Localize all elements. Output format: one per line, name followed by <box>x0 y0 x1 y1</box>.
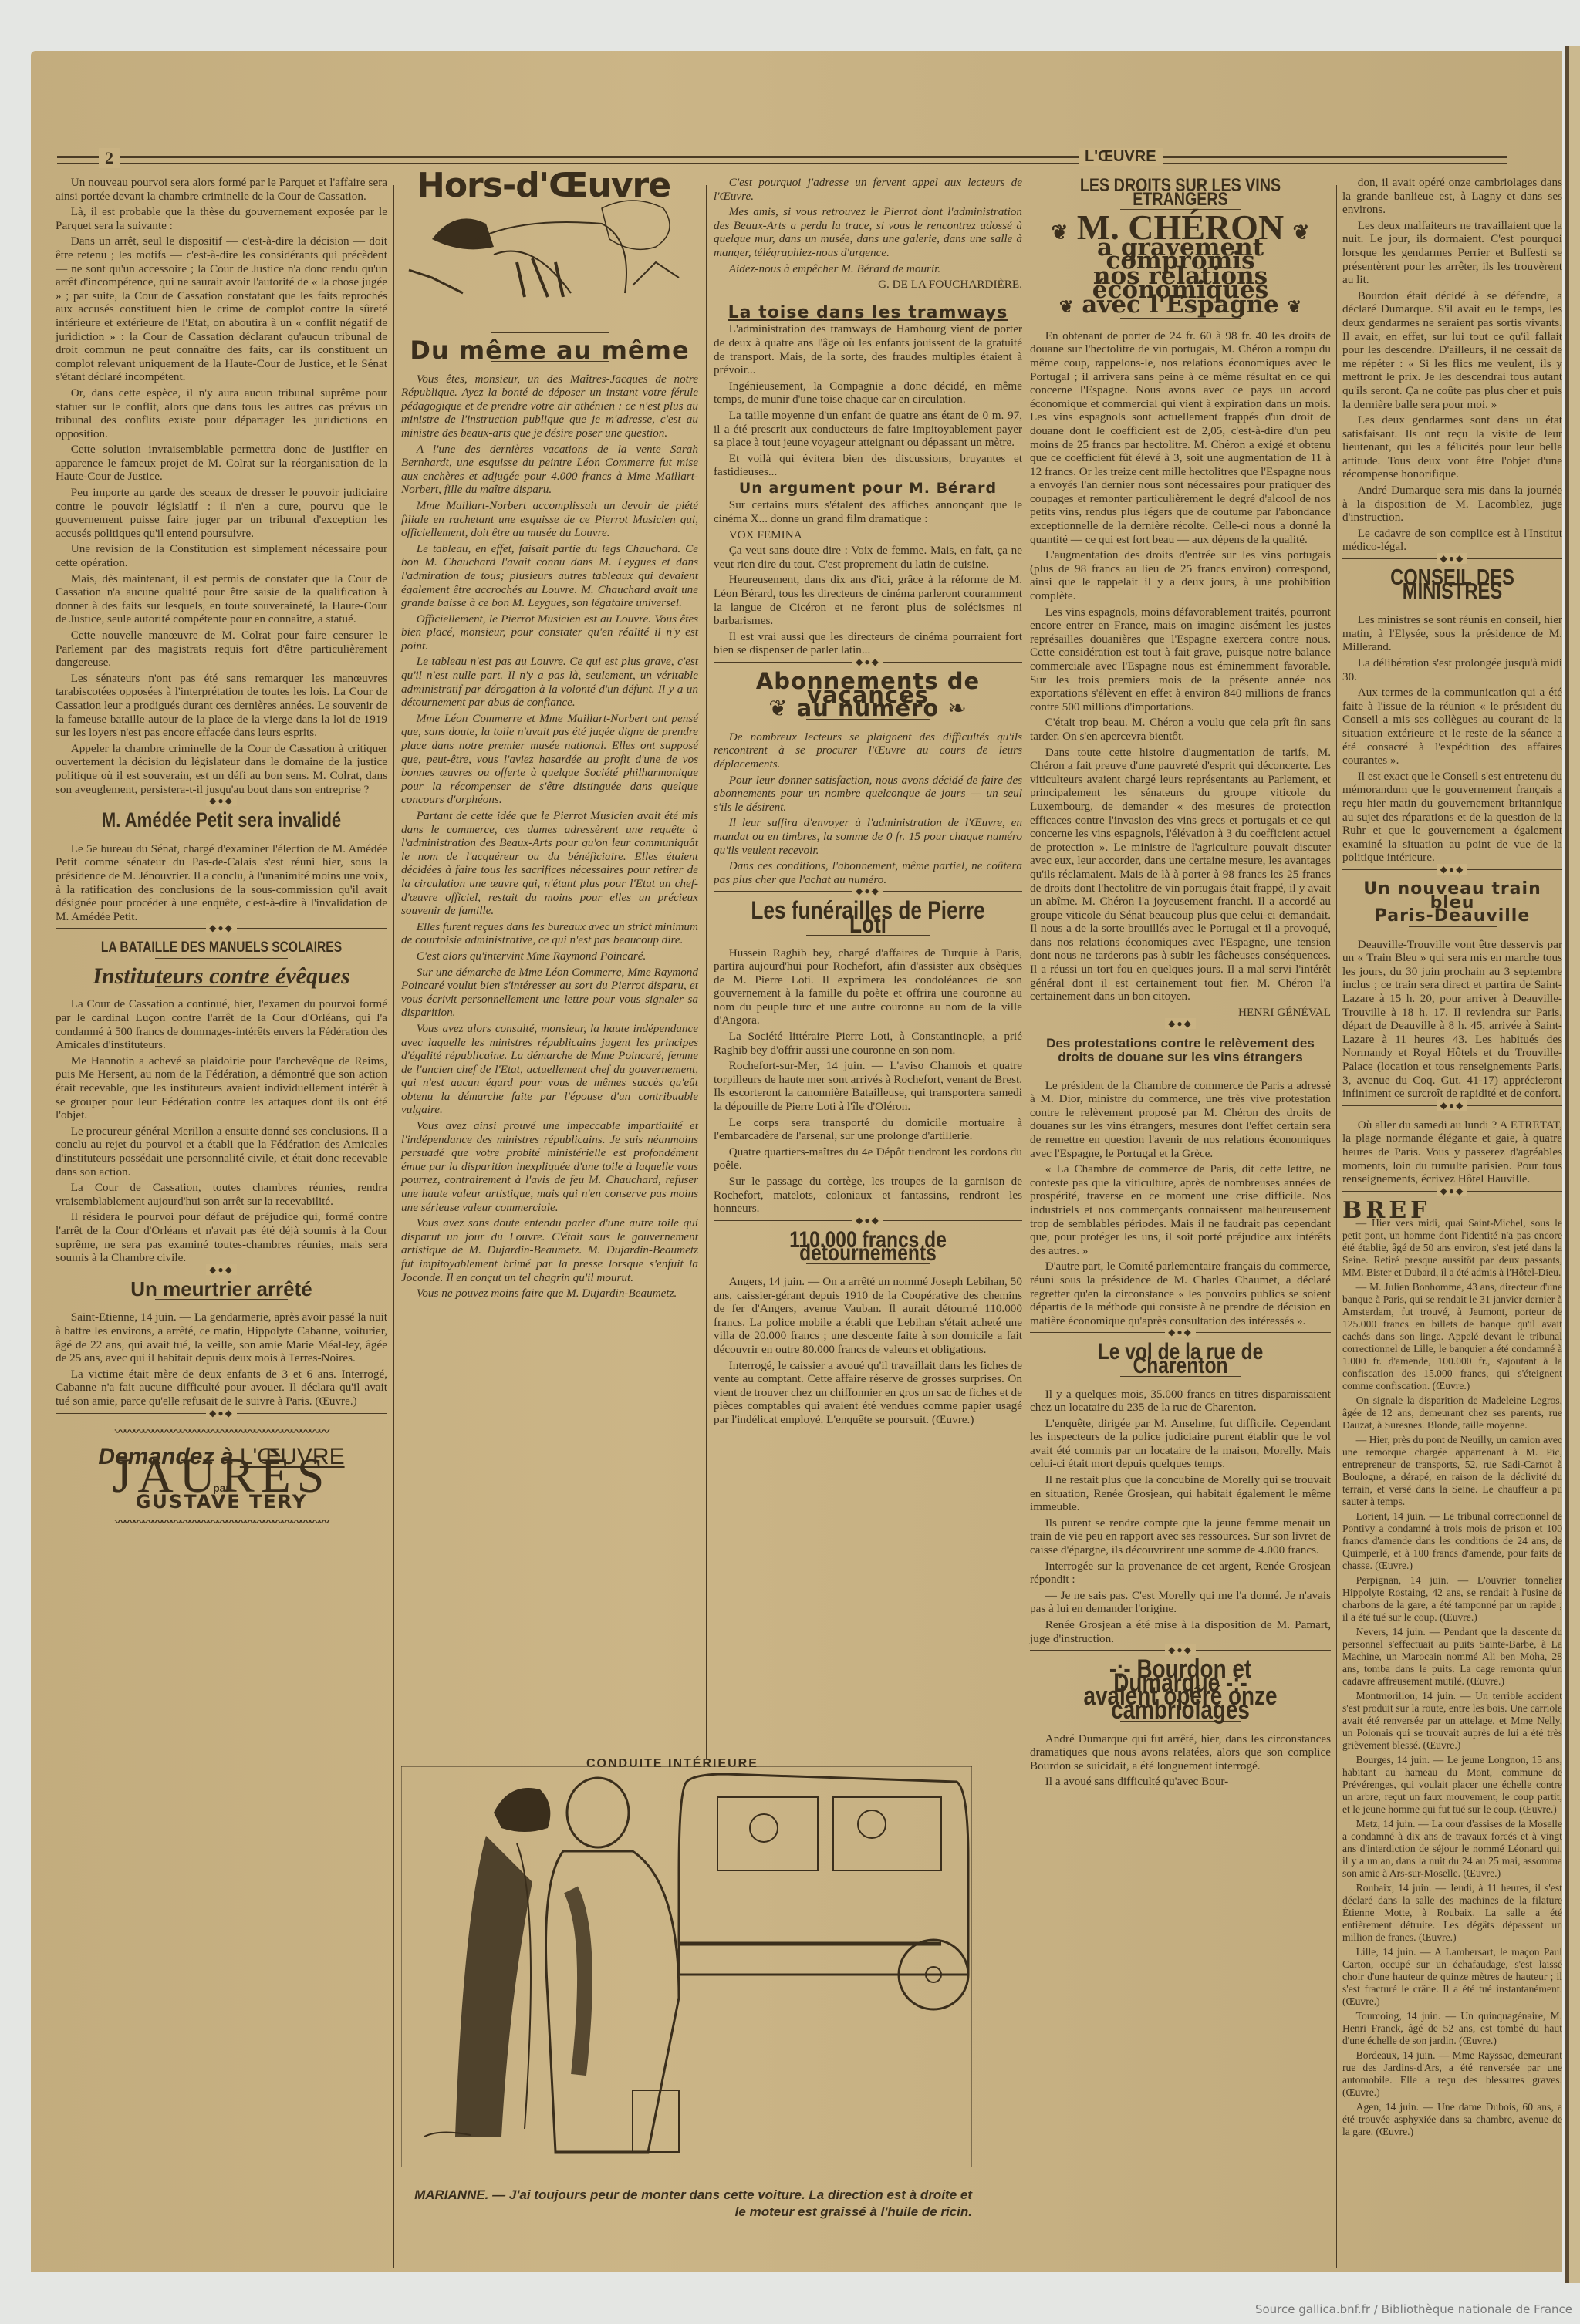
paragraph: Sur certains murs s'étalent des affiches… <box>714 498 1022 525</box>
ornament-divider: ◆●◆ <box>56 1413 387 1422</box>
jaures-advertisement: 〰〰〰〰〰〰〰〰〰〰〰〰〰〰〰〰〰〰〰〰〰〰〰 Demandez à L'ŒUV… <box>56 1426 387 1531</box>
paragraph: Dans un arrêt, seul le dispositif — c'es… <box>56 234 387 384</box>
charenton-headline: Le vol de la rue de Charenton <box>1057 1345 1304 1372</box>
paragraph: Interrogé, le caissier a avoué qu'il tra… <box>714 1359 1022 1427</box>
source-credit: Source gallica.bnf.fr / Bibliothèque nat… <box>1255 2302 1572 2316</box>
paragraph: André Dumarque qui fut arrêté, hier, dan… <box>1030 1732 1331 1773</box>
paragraph: Ils purent se rendre compte que la jeune… <box>1030 1516 1331 1557</box>
meme-headline: Du même au même <box>401 344 698 358</box>
paragraph: Bordeaux, 14 juin. — Mme Rayssac, demeur… <box>1342 2049 1562 2099</box>
paragraph: Les ministres se sont réunis en conseil,… <box>1342 613 1562 654</box>
paragraph: Vous avez sans doute entendu parler d'un… <box>401 1216 698 1284</box>
paragraph: La Cour de Cassation, toutes chambres ré… <box>56 1181 387 1208</box>
toise-headline: La toise dans les tramways <box>714 306 1022 320</box>
paragraph: Montmorillon, 14 juin. — Un terrible acc… <box>1342 1690 1562 1752</box>
flourish-icon: ❦ <box>768 695 796 721</box>
leaf-icon: ❦ <box>1288 297 1301 317</box>
paragraph: Peu importe au garde des sceaux de dress… <box>56 486 387 540</box>
paragraph: Tourcoing, 14 juin. — Un quinquagénaire,… <box>1342 2010 1562 2047</box>
flourish-icon: ❧ <box>939 695 967 721</box>
berard-body: Sur certains murs s'étalent des affiches… <box>714 498 1022 657</box>
caption-speaker: MARIANNE. <box>414 2187 488 2202</box>
paragraph: Les deux malfaiteurs ne travaillaient qu… <box>1342 219 1562 287</box>
paragraph: Le tableau n'est pas au Louvre. Ce qui e… <box>401 655 698 709</box>
ornament-divider: ◆●◆ <box>1342 1105 1562 1114</box>
paragraph: Il ne restait plus que la concubine de M… <box>1030 1473 1331 1514</box>
paragraph: Le corps sera transporté du domicile mor… <box>714 1116 1022 1143</box>
berard-headline: Un argument pour M. Bérard <box>714 482 1022 496</box>
paragraph: C'était trop beau. M. Chéron a voulu que… <box>1030 716 1331 743</box>
column-1: Un nouveau pourvoi sera alors formé par … <box>56 176 387 1530</box>
paragraph: En obtenant de porter de 24 fr. 60 à 98 … <box>1030 329 1331 547</box>
paragraph: Les deux gendarmes sont dans un état sat… <box>1342 413 1562 481</box>
paragraph: Cette solution invraisemblable permettra… <box>56 443 387 484</box>
paragraph: L'augmentation des droits d'entrée sur l… <box>1030 548 1331 602</box>
column-3: C'est pourquoi j'adresse un fervent appe… <box>714 176 1022 1429</box>
paragraph: Roubaix, 14 juin. — Jeudi, à 11 heures, … <box>1342 1882 1562 1944</box>
cartoon-caption: MARIANNE. — J'ai toujours peur de monter… <box>401 2187 972 2221</box>
paragraph: Il y a quelques mois, 35.000 francs en t… <box>1030 1388 1331 1415</box>
paragraph: A l'une des dernières vacations de la ve… <box>401 443 698 497</box>
paragraph: Lorient, 14 juin. — Le tribunal correcti… <box>1342 1510 1562 1572</box>
column-4: LES DROITS SUR LES VINS ÉTRANGERS ❦ M. C… <box>1030 176 1331 1791</box>
train-headline-2: Paris-Deauville <box>1342 909 1562 923</box>
wavy-border: 〰〰〰〰〰〰〰〰〰〰〰〰〰〰〰〰〰〰〰〰〰〰〰 <box>56 1426 387 1440</box>
paragraph: — Hier, près du pont de Neuilly, un cami… <box>1342 1434 1562 1508</box>
paragraph: On signale la disparition de Madeleine L… <box>1342 1395 1562 1432</box>
paragraph: Heureusement, dans dix ans d'ici, grâce … <box>714 573 1022 627</box>
paragraph: Interrogée sur la provenance de cet arge… <box>1030 1560 1331 1587</box>
paragraph: Mme Maillart-Norbert accomplissait un de… <box>401 499 698 540</box>
paragraph: Metz, 14 juin. — La cour d'assises de la… <box>1342 1818 1562 1880</box>
pierrot-drawing-icon <box>401 193 698 301</box>
paragraph: Angers, 14 juin. — On a arrêté un nommé … <box>714 1275 1022 1357</box>
ad-author: GUSTAVE TERY <box>56 1496 387 1509</box>
ornament-divider: ◆●◆ <box>56 928 387 936</box>
paragraph: La Société littéraire Pierre Loti, à Con… <box>714 1030 1022 1057</box>
paragraph: Dans toute cette histoire d'augmentation… <box>1030 746 1331 1003</box>
colrat-article: Un nouveau pourvoi sera alors formé par … <box>56 176 387 796</box>
paragraph: Ingénieusement, la Compagnie a donc déci… <box>714 379 1022 406</box>
paragraph: Le cadavre de son complice est à l'Insti… <box>1342 527 1562 554</box>
paragraph: De nombreux lecteurs se plaignent des di… <box>714 730 1022 771</box>
paragraph: Ça veut sans doute dire : Voix de femme.… <box>714 544 1022 571</box>
paragraph: Quatre quartiers-maîtres du 4e Dépôt tie… <box>714 1145 1022 1172</box>
paragraph: L'enquête, dirigée par M. Anselme, fut d… <box>1030 1417 1331 1471</box>
abonnements-body: De nombreux lecteurs se plaignent des di… <box>714 730 1022 887</box>
paragraph: Me Hannotin a achevé sa plaidoirie pour … <box>56 1054 387 1122</box>
paragraph: Vous ne pouvez moins faire que M. Dujard… <box>401 1287 698 1300</box>
signature: HENRI GÉNÉVAL <box>1030 1006 1331 1020</box>
paragraph: — M. Julien Bonhomme, 43 ans, directeur … <box>1342 1281 1562 1392</box>
paragraph: Mes amis, si vous retrouvez le Pierrot d… <box>714 205 1022 259</box>
header-rule <box>57 156 1507 164</box>
paragraph: La taille moyenne d'un enfant de quatre … <box>714 409 1022 450</box>
paragraph: Un nouveau pourvoi sera alors formé par … <box>56 176 387 203</box>
paragraph: Rochefort-sur-Mer, 14 juin. — L'aviso Ch… <box>714 1059 1022 1113</box>
paragraph: Renée Grosjean a été mise à la dispositi… <box>1030 1618 1331 1645</box>
paragraph: D'autre part, le Comité parlementaire fr… <box>1030 1260 1331 1327</box>
protestations-headline: Des protestations contre le relèvement d… <box>1030 1037 1331 1064</box>
paragraph: Dans ces conditions, l'abonnement, même … <box>714 859 1022 886</box>
paragraph: Il leur suffira d'envoyer à l'administra… <box>714 816 1022 857</box>
paragraph: Vous avez alors consulté, monsieur, la h… <box>401 1022 698 1117</box>
bourdon-continuation: don, il avait opéré onze cambriolages da… <box>1342 176 1562 554</box>
paragraph: Mais, dès maintenant, il est permis de c… <box>56 572 387 626</box>
caption-text: — J'ai toujours peur de monter dans cett… <box>492 2187 972 2219</box>
conseil-body: Les ministres se sont réunis en conseil,… <box>1342 613 1562 865</box>
page-number: 2 <box>99 148 120 168</box>
paragraph: Bourdon était décidé à se défendre, a dé… <box>1342 289 1562 411</box>
vins-kicker: LES DROITS SUR LES VINS ÉTRANGERS <box>1057 179 1304 206</box>
manuels-body: La Cour de Cassation a continué, hier, l… <box>56 997 387 1264</box>
column-2: Hors-d'Œuvre Du même au même Vous êtes, … <box>401 176 698 1303</box>
paragraph: Il est exact que le Conseil s'est entret… <box>1342 770 1562 865</box>
conseil-headline: CONSEIL DES MINISTRES <box>1362 572 1543 599</box>
paragraph: Or, dans cette espèce, il n'y aura aucun… <box>56 386 387 440</box>
paragraph: Officiellement, le Pierrot Musicien est … <box>401 612 698 653</box>
meurtrier-body: Saint-Etienne, 14 juin. — La gendarmerie… <box>56 1310 387 1408</box>
conduite-interieure-cartoon <box>401 1766 972 2167</box>
bref-headline: BREF <box>1342 1204 1562 1218</box>
small-rule <box>155 958 288 963</box>
paragraph: C'est pourquoi j'adresse un fervent appe… <box>714 176 1022 203</box>
paragraph: Et voilà qui évitera bien des discussion… <box>714 452 1022 479</box>
bourdon-body: André Dumarque qui fut arrêté, hier, dan… <box>1030 1732 1331 1789</box>
meme-continuation: C'est pourquoi j'adresse un fervent appe… <box>714 176 1022 275</box>
bref-items: — Hier vers midi, quai Saint-Michel, sou… <box>1342 1217 1562 2138</box>
column-5: don, il avait opéré onze cambriolages da… <box>1342 176 1562 2140</box>
train-body: Deauville-Trouville vont être desservis … <box>1342 938 1562 1101</box>
paragraph: L'administration des tramways de Hambour… <box>714 322 1022 376</box>
paragraph: Les vins espagnols, moins défavorablemen… <box>1030 605 1331 714</box>
manuels-headline: Instituteurs contre évêques <box>56 970 387 983</box>
manuels-kicker: LA BATAILLE DES MANUELS SCOLAIRES <box>86 941 358 955</box>
paragraph: Hussein Raghib bey, chargé d'affaires de… <box>714 946 1022 1028</box>
paragraph: Aux termes de la communication qui a été… <box>1342 686 1562 767</box>
paragraph: Vous avez ainsi prouvé une impeccable im… <box>401 1119 698 1214</box>
leaf-icon: ❦ <box>1293 221 1310 244</box>
hors-doeuvre-logo: Hors-d'Œuvre <box>401 179 698 193</box>
paragraph: don, il avait opéré onze cambriolages da… <box>1342 176 1562 217</box>
paragraph: Il résidera le pourvoi pour défaut de pr… <box>56 1210 387 1264</box>
paragraph: Deauville-Trouville vont être desservis … <box>1342 938 1562 1101</box>
charenton-body: Il y a quelques mois, 35.000 francs en t… <box>1030 1388 1331 1646</box>
paragraph: Saint-Etienne, 14 juin. — La gendarmerie… <box>56 1310 387 1364</box>
paragraph: Agen, 14 juin. — Une dame Dubois, 60 ans… <box>1342 2101 1562 2138</box>
paragraph: Mme Léon Commerre et Mme Maillart-Norber… <box>401 712 698 807</box>
small-rule <box>1409 926 1497 932</box>
paragraph: Sur une démarche de Mme Léon Commerre, M… <box>401 966 698 1020</box>
detournements-headline: 110.000 francs de détournements <box>741 1233 994 1260</box>
paragraph: Lille, 14 juin. — A Lambersart, le maçon… <box>1342 1946 1562 2008</box>
paragraph: Le président de la Chambre de commerce d… <box>1030 1079 1331 1161</box>
petit-headline: M. Amédée Petit sera invalidé <box>86 814 358 828</box>
paragraph: La Cour de Cassation a continué, hier, l… <box>56 997 387 1051</box>
bourdon-headline-2: avaient opéré onze cambriolages <box>1057 1690 1304 1717</box>
masthead: L'ŒUVRE <box>1079 148 1163 166</box>
small-rule <box>806 295 930 300</box>
column-rule <box>706 185 707 1759</box>
paragraph: — Je ne sais pas. C'est Morelly qui me l… <box>1030 1589 1331 1616</box>
toise-body: L'administration des tramways de Hambour… <box>714 322 1022 479</box>
petit-body: Le 5e bureau du Sénat, chargé d'examiner… <box>56 842 387 924</box>
paragraph: André Dumarque sera mis dans la journée … <box>1342 484 1562 525</box>
paragraph: « La Chambre de commerce de Paris, dit c… <box>1030 1162 1331 1257</box>
ad-title: JAURÈS <box>56 1469 387 1482</box>
meme-body: Vous êtes, monsieur, un des Maîtres-Jacq… <box>401 373 698 1300</box>
paragraph: Pour leur donner satisfaction, nous avon… <box>714 774 1022 815</box>
loti-headline: Les funérailles de Pierre Loti <box>741 904 994 931</box>
paragraph: Il a avoué sans difficulté qu'avec Bour- <box>1030 1775 1331 1789</box>
protestations-body: Le président de la Chambre de commerce d… <box>1030 1079 1331 1328</box>
paragraph: Partant de cette idée que le Pierrot Mus… <box>401 809 698 918</box>
column-rule <box>1025 185 1025 2268</box>
paragraph: Une revision de la Constitution est simp… <box>56 542 387 569</box>
paragraph: Il est vrai aussi que les directeurs de … <box>714 630 1022 657</box>
paragraph: Cette nouvelle manœuvre de M. Colrat pou… <box>56 629 387 670</box>
next-page-edge <box>1565 46 1580 2283</box>
loti-body: Hussein Raghib bey, chargé d'affaires de… <box>714 946 1022 1216</box>
paragraph: Aidez-nous à empêcher M. Bérard de mouri… <box>714 262 1022 276</box>
paragraph: Elles furent reçues dans les bureaux ave… <box>401 920 698 947</box>
meurtrier-headline: Un meurtrier arrêté <box>56 1283 387 1297</box>
paragraph: Nevers, 14 juin. — Pendant que la descen… <box>1342 1626 1562 1688</box>
etretat-notice: Où aller du samedi au lundi ? A ETRETAT,… <box>1342 1118 1562 1186</box>
paragraph: Vous êtes, monsieur, un des Maîtres-Jacq… <box>401 373 698 440</box>
small-rule <box>1120 1068 1241 1073</box>
detournements-body: Angers, 14 juin. — On a arrêté un nommé … <box>714 1275 1022 1427</box>
cheron-body: En obtenant de porter de 24 fr. 60 à 98 … <box>1030 329 1331 1003</box>
ornament-divider: ◆●◆ <box>1342 869 1562 878</box>
cheron-subhead-3: ❦ avec l'Espagne ❦ <box>1030 299 1331 315</box>
leaf-icon: ❦ <box>1059 297 1073 317</box>
column-rule <box>1336 185 1337 2268</box>
signature: G. DE LA FOUCHARDIÈRE. <box>714 278 1022 292</box>
paragraph: La victime était mère de deux enfants de… <box>56 1368 387 1408</box>
paragraph: Le procureur général Merillon a ensuite … <box>56 1125 387 1179</box>
paragraph: VOX FEMINA <box>714 528 1022 542</box>
paragraph: C'est alors qu'intervint Mme Raymond Poi… <box>401 950 698 963</box>
paragraph: La délibération s'est prolongée jusqu'à … <box>1342 656 1562 683</box>
paragraph: Le tableau, en effet, faisait partie du … <box>401 542 698 610</box>
paragraph: Là, il est probable que la thèse du gouv… <box>56 205 387 232</box>
hors-doeuvre-illustration: Hors-d'Œuvre <box>401 179 698 329</box>
leaf-icon: ❦ <box>1052 221 1069 244</box>
train-headline: Un nouveau train bleu <box>1342 882 1562 909</box>
ornament-divider: ◆●◆ <box>1030 1024 1331 1032</box>
paragraph: Perpignan, 14 juin. — L'ouvrier tonnelie… <box>1342 1574 1562 1624</box>
paragraph: Appeler la chambre criminelle de la Cour… <box>56 742 387 796</box>
column-rule <box>393 185 394 2268</box>
paragraph: Les sénateurs n'ont pas été sans remarqu… <box>56 672 387 740</box>
paragraph: — Hier vers midi, quai Saint-Michel, sou… <box>1342 1217 1562 1279</box>
paragraph: Bourges, 14 juin. — Le jeune Longnon, 15… <box>1342 1754 1562 1816</box>
paragraph: Sur le passage du cortège, les troupes d… <box>714 1175 1022 1216</box>
abonnements-headline-2: ❦ au numéro ❧ <box>714 702 1022 716</box>
wavy-border: 〰〰〰〰〰〰〰〰〰〰〰〰〰〰〰〰〰〰〰〰〰〰〰 <box>56 1516 387 1530</box>
